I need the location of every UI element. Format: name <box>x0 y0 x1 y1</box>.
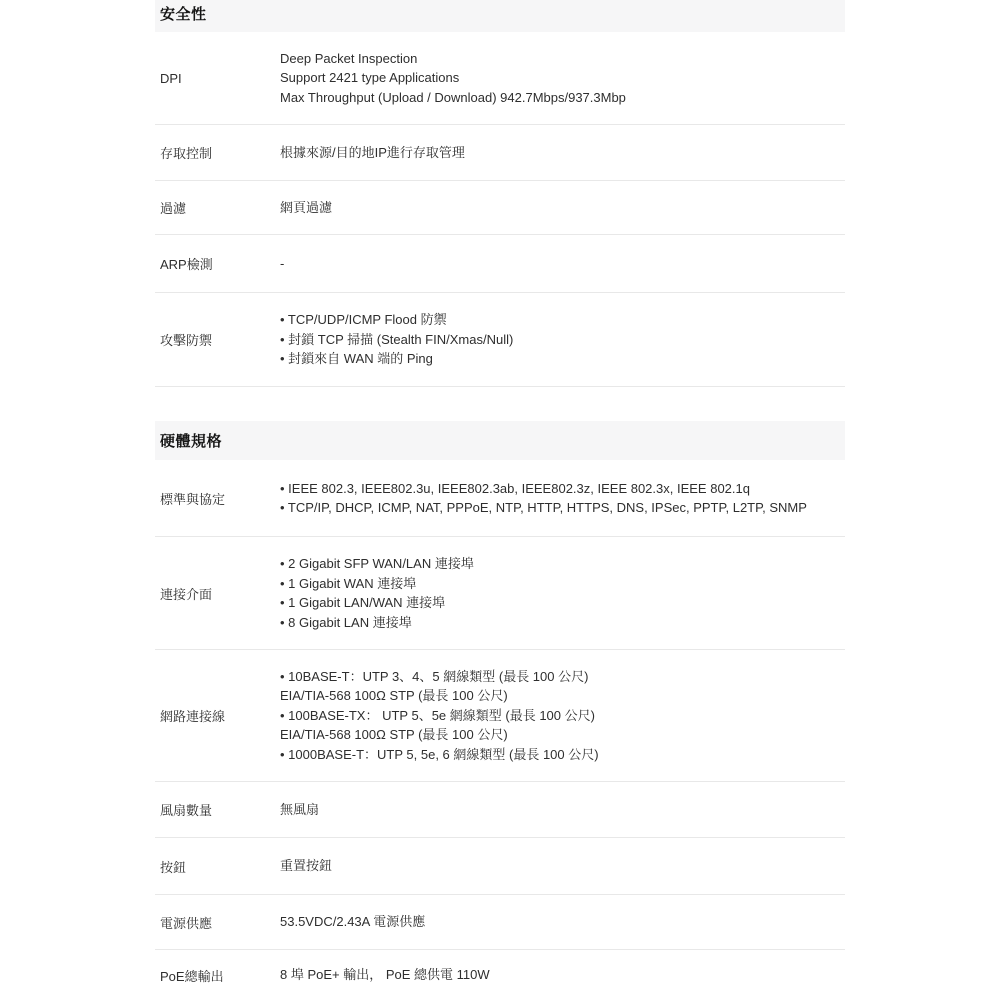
spec-row-poe-output: PoE總輸出 8 埠 PoE+ 輸出， PoE 總供電 110W <box>155 950 845 1000</box>
spec-label: PoE總輸出 <box>155 966 280 985</box>
spec-line: Deep Packet Inspection <box>280 49 626 69</box>
spec-label: 按鈕 <box>155 857 280 876</box>
spec-line: • 100BASE-TX： UTP 5、5e 網線類型 (最長 100 公尺) <box>280 706 599 726</box>
spec-label: DPI <box>155 71 280 86</box>
spec-value: • 10BASE-T：UTP 3、4、5 網線類型 (最長 100 公尺) EI… <box>280 667 599 765</box>
spec-line: • 10BASE-T：UTP 3、4、5 網線類型 (最長 100 公尺) <box>280 667 599 687</box>
section-title: 硬體規格 <box>160 430 222 451</box>
spec-row-filtering: 過濾 網頁過濾 <box>155 181 845 235</box>
spec-label: 攻擊防禦 <box>155 330 280 349</box>
section-title: 安全性 <box>160 3 207 24</box>
spec-value: • IEEE 802.3, IEEE802.3u, IEEE802.3ab, I… <box>280 479 807 518</box>
spec-line: Support 2421 type Applications <box>280 68 626 88</box>
spec-line: EIA/TIA-568 100Ω STP (最長 100 公尺) <box>280 725 599 745</box>
spec-row-dpi: DPI Deep Packet Inspection Support 2421 … <box>155 32 845 125</box>
section-gap <box>155 387 845 421</box>
spec-value: 重置按鈕 <box>280 856 332 876</box>
spec-row-standards-protocols: 標準與協定 • IEEE 802.3, IEEE802.3u, IEEE802.… <box>155 460 845 537</box>
spec-value: 8 埠 PoE+ 輸出， PoE 總供電 110W <box>280 965 490 985</box>
spec-row-button: 按鈕 重置按鈕 <box>155 838 845 895</box>
spec-line: • TCP/IP, DHCP, ICMP, NAT, PPPoE, NTP, H… <box>280 498 807 518</box>
spec-row-network-cables: 網路連接線 • 10BASE-T：UTP 3、4、5 網線類型 (最長 100 … <box>155 650 845 782</box>
spec-value: Deep Packet Inspection Support 2421 type… <box>280 49 626 108</box>
spec-line: EIA/TIA-568 100Ω STP (最長 100 公尺) <box>280 686 599 706</box>
spec-row-power-supply: 電源供應 53.5VDC/2.43A 電源供應 <box>155 895 845 950</box>
spec-line: 根據來源/目的地IP進行存取管理 <box>280 143 465 163</box>
spec-line: 53.5VDC/2.43A 電源供應 <box>280 912 425 932</box>
section-header-hardware: 硬體規格 <box>155 421 845 460</box>
section-header-security: 安全性 <box>155 0 845 32</box>
spec-line: • 8 Gigabit LAN 連接埠 <box>280 613 474 633</box>
spec-value: • 2 Gigabit SFP WAN/LAN 連接埠 • 1 Gigabit … <box>280 554 474 632</box>
spec-line: • TCP/UDP/ICMP Flood 防禦 <box>280 310 513 330</box>
spec-label: 電源供應 <box>155 913 280 932</box>
spec-line: • IEEE 802.3, IEEE802.3u, IEEE802.3ab, I… <box>280 479 807 499</box>
spec-line: Max Throughput (Upload / Download) 942.7… <box>280 88 626 108</box>
spec-row-interfaces: 連接介面 • 2 Gigabit SFP WAN/LAN 連接埠 • 1 Gig… <box>155 537 845 650</box>
spec-label: 標準與協定 <box>155 489 280 508</box>
spec-label: 連接介面 <box>155 584 280 603</box>
spec-row-attack-defense: 攻擊防禦 • TCP/UDP/ICMP Flood 防禦 • 封鎖 TCP 掃描… <box>155 293 845 387</box>
spec-row-access-control: 存取控制 根據來源/目的地IP進行存取管理 <box>155 125 845 181</box>
spec-value: 網頁過濾 <box>280 198 332 218</box>
spec-label: 存取控制 <box>155 143 280 162</box>
spec-label: 風扇數量 <box>155 800 280 819</box>
spec-line: 重置按鈕 <box>280 856 332 876</box>
spec-line: 網頁過濾 <box>280 198 332 218</box>
spec-line: • 2 Gigabit SFP WAN/LAN 連接埠 <box>280 554 474 574</box>
spec-line: • 1 Gigabit WAN 連接埠 <box>280 574 474 594</box>
spec-value: - <box>280 254 284 274</box>
spec-line: 8 埠 PoE+ 輸出， PoE 總供電 110W <box>280 965 490 985</box>
spec-line: • 1000BASE-T：UTP 5, 5e, 6 網線類型 (最長 100 公… <box>280 745 599 765</box>
spec-line: • 1 Gigabit LAN/WAN 連接埠 <box>280 593 474 613</box>
spec-label: ARP檢測 <box>155 254 280 273</box>
spec-value: • TCP/UDP/ICMP Flood 防禦 • 封鎖 TCP 掃描 (Ste… <box>280 310 513 369</box>
spec-row-fan-quantity: 風扇數量 無風扇 <box>155 782 845 838</box>
spec-value: 根據來源/目的地IP進行存取管理 <box>280 143 465 163</box>
spec-line: • 封鎖來自 WAN 端的 Ping <box>280 349 513 369</box>
spec-label: 網路連接線 <box>155 706 280 725</box>
spec-label: 過濾 <box>155 198 280 217</box>
spec-row-arp-detection: ARP檢測 - <box>155 235 845 293</box>
spec-table: 安全性 DPI Deep Packet Inspection Support 2… <box>155 0 845 1000</box>
spec-value: 53.5VDC/2.43A 電源供應 <box>280 912 425 932</box>
spec-line: - <box>280 254 284 274</box>
spec-value: 無風扇 <box>280 800 319 820</box>
spec-line: 無風扇 <box>280 800 319 820</box>
spec-line: • 封鎖 TCP 掃描 (Stealth FIN/Xmas/Null) <box>280 330 513 350</box>
